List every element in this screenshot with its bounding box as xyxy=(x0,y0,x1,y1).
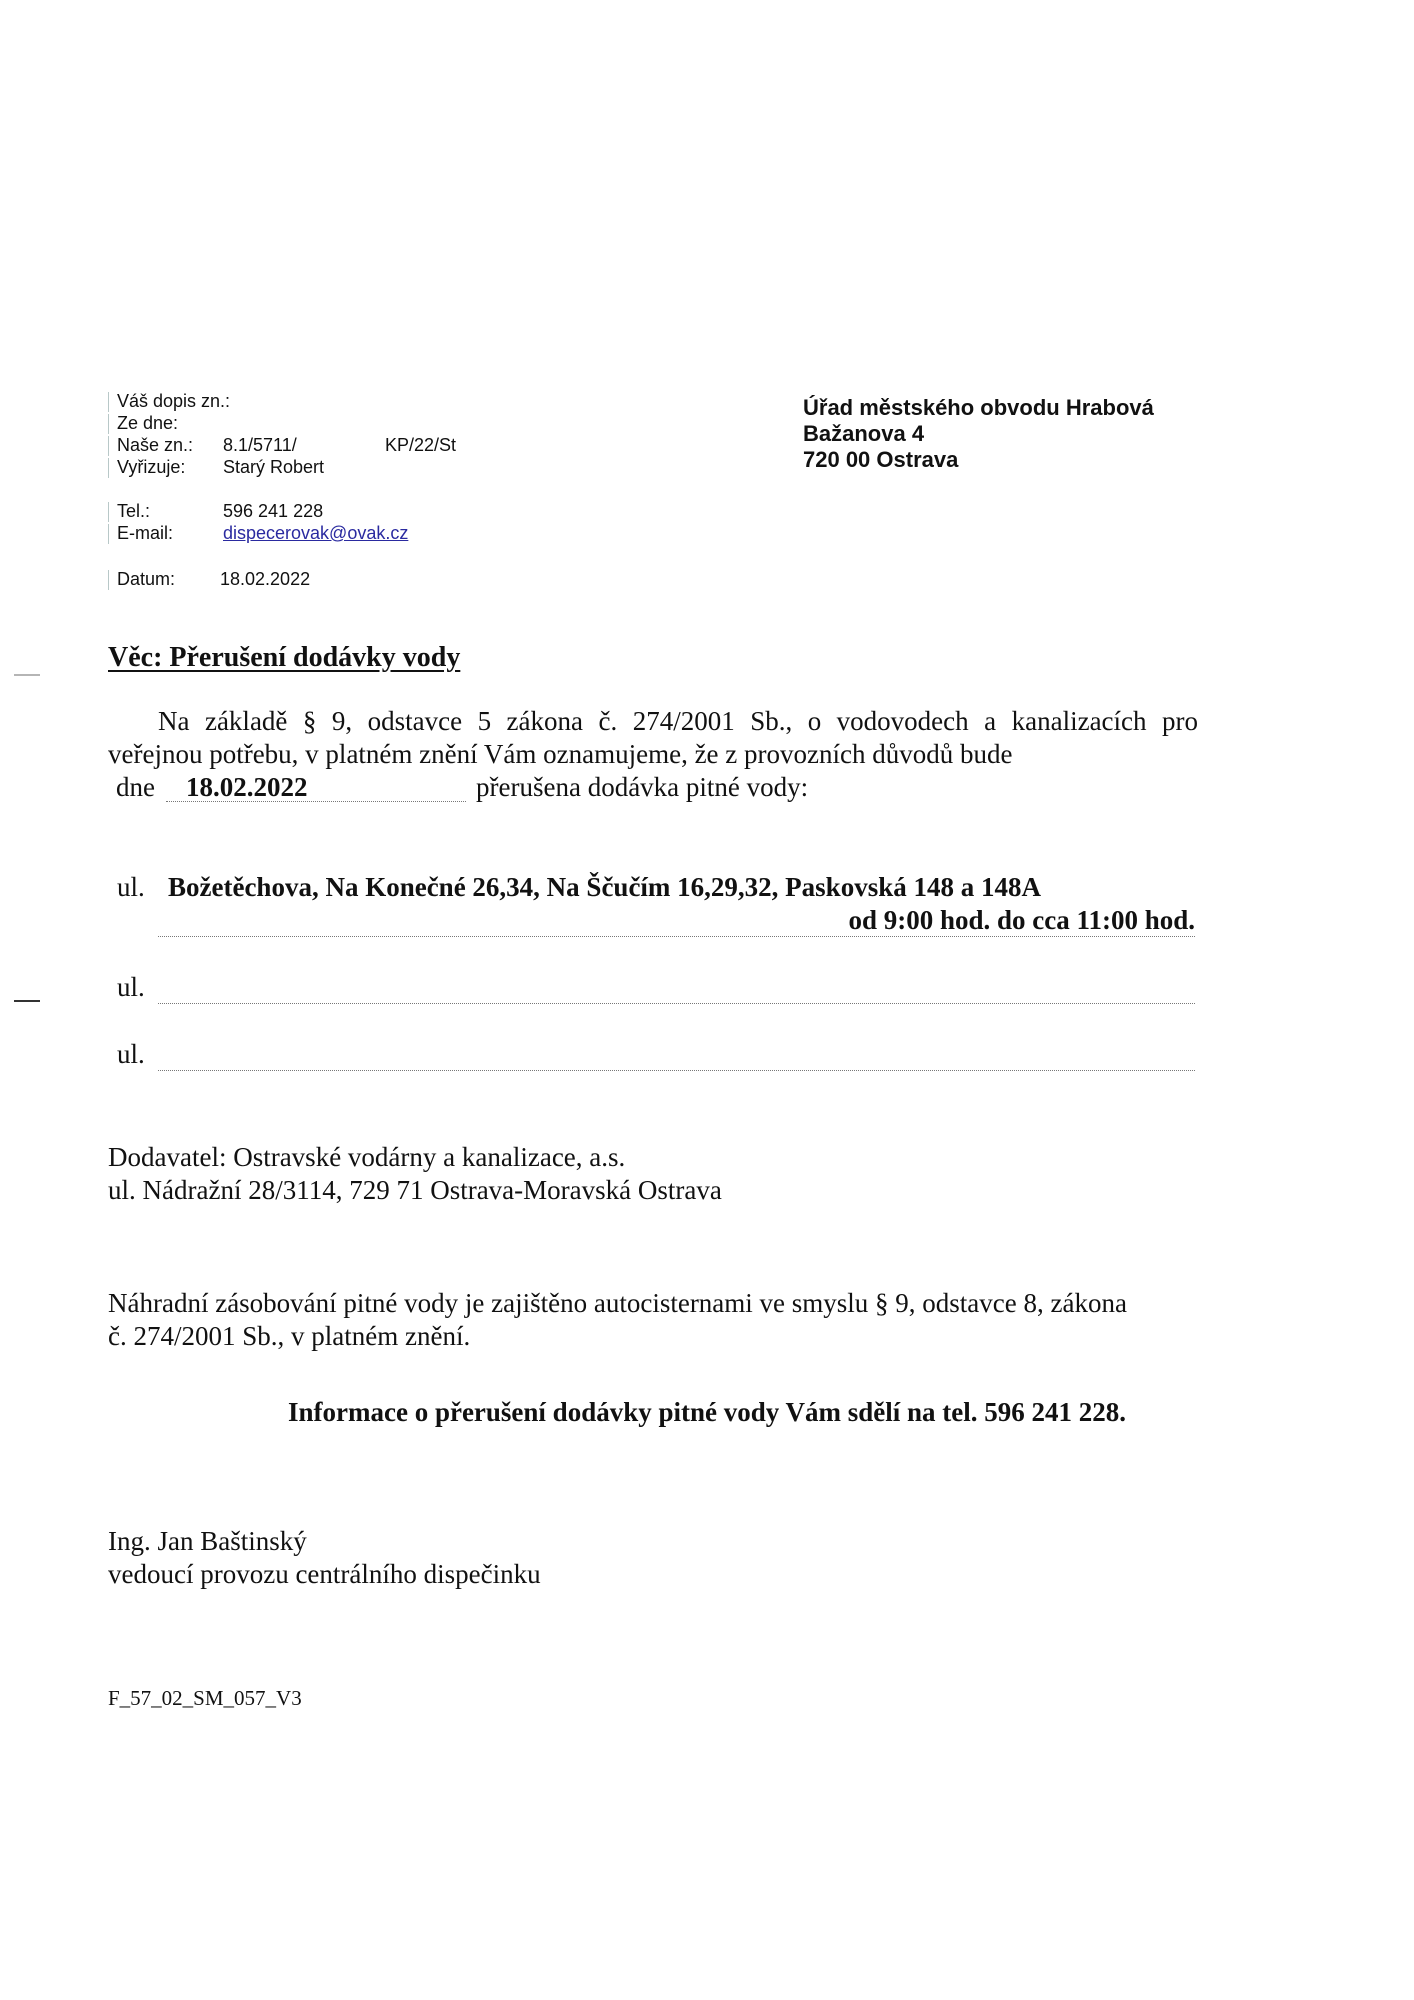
date-value: 18.02.2022 xyxy=(220,568,310,590)
phone-row: Tel.: 596 241 228 xyxy=(108,500,117,522)
street-dotted-line xyxy=(158,1003,1195,1004)
phone-value: 596 241 228 xyxy=(223,500,323,522)
street-label: ul. xyxy=(117,1039,145,1070)
replacement-supply-block: Náhradní zásobování pitné vody je zajišt… xyxy=(108,1287,1127,1353)
contact-block: Tel.: 596 241 228 E-mail: dispecerovak@o… xyxy=(108,500,117,544)
date-row: Datum: 18.02.2022 xyxy=(108,568,117,590)
day-label: dne xyxy=(116,771,155,804)
info-notice: Informace o přerušení dodávky pitné vody… xyxy=(0,1397,1414,1428)
recipient-line-2: Bažanova 4 xyxy=(803,421,1154,447)
intro-paragraph: Na základě § 9, odstavce 5 zákona č. 274… xyxy=(108,705,1198,804)
handler-row: Vyřizuje: Starý Robert xyxy=(108,456,117,478)
your-reference-label: Váš dopis zn.: xyxy=(117,390,230,412)
handler-value: Starý Robert xyxy=(223,456,324,478)
street-dotted-line xyxy=(158,936,1195,937)
date-block: Datum: 18.02.2022 xyxy=(108,568,117,590)
our-reference-label: Naše zn.: xyxy=(117,434,193,456)
email-label: E-mail: xyxy=(117,522,173,544)
interruption-date: 18.02.2022 xyxy=(166,771,466,802)
intro-line-2: veřejnou potřebu, v platném znění Vám oz… xyxy=(108,738,1198,771)
email-row: E-mail: dispecerovak@ovak.cz xyxy=(108,522,117,544)
our-reference-row: Naše zn.: 8.1/5711/ KP/22/St xyxy=(108,434,117,456)
fold-mark-middle xyxy=(14,1000,40,1002)
your-reference-row: Váš dopis zn.: xyxy=(108,390,117,412)
email-link[interactable]: dispecerovak@ovak.cz xyxy=(223,522,408,544)
recipient-address: Úřad městského obvodu Hrabová Bažanova 4… xyxy=(803,395,1154,473)
our-reference-value: 8.1/5711/ xyxy=(223,434,297,456)
replacement-line-1: Náhradní zásobování pitné vody je zajišt… xyxy=(108,1287,1127,1320)
date-from-label: Ze dne: xyxy=(117,412,178,434)
recipient-line-3: 720 00 Ostrava xyxy=(803,447,1154,473)
supplier-block: Dodavatel: Ostravské vodárny a kanalizac… xyxy=(108,1141,722,1207)
phone-label: Tel.: xyxy=(117,500,150,522)
recipient-line-1: Úřad městského obvodu Hrabová xyxy=(803,395,1154,421)
date-label: Datum: xyxy=(117,568,175,590)
street-text: Božetěchova, Na Konečné 26,34, Na Ščučím… xyxy=(168,872,1041,903)
reference-block: Váš dopis zn.: Ze dne: Naše zn.: 8.1/571… xyxy=(108,390,117,478)
street-label: ul. xyxy=(117,872,145,903)
intro-line-1: Na základě § 9, odstavce 5 zákona č. 274… xyxy=(108,705,1198,738)
date-from-row: Ze dne: xyxy=(108,412,117,434)
replacement-line-2: č. 274/2001 Sb., v platném znění. xyxy=(108,1320,1127,1353)
our-reference-suffix: KP/22/St xyxy=(385,434,456,456)
intro-line-3: dne 18.02.2022 přerušena dodávka pitné v… xyxy=(108,771,1198,804)
street-dotted-line xyxy=(158,1070,1195,1071)
intro-line-3-rest: přerušena dodávka pitné vody: xyxy=(466,771,808,804)
signature-block: Ing. Jan Baštinský vedoucí provozu centr… xyxy=(108,1525,541,1591)
supplier-line-1: Dodavatel: Ostravské vodárny a kanalizac… xyxy=(108,1141,722,1174)
supplier-line-2: ul. Nádražní 28/3114, 729 71 Ostrava-Mor… xyxy=(108,1174,722,1207)
form-code: F_57_02_SM_057_V3 xyxy=(108,1686,302,1711)
subject-heading: Věc: Přerušení dodávky vody xyxy=(108,642,460,674)
fold-mark-top xyxy=(14,674,40,676)
signatory-name: Ing. Jan Baštinský xyxy=(108,1525,541,1558)
street-label: ul. xyxy=(117,972,145,1003)
handler-label: Vyřizuje: xyxy=(117,456,185,478)
interruption-time: od 9:00 hod. do cca 11:00 hod. xyxy=(848,905,1195,936)
signatory-title: vedoucí provozu centrálního dispečinku xyxy=(108,1558,541,1591)
